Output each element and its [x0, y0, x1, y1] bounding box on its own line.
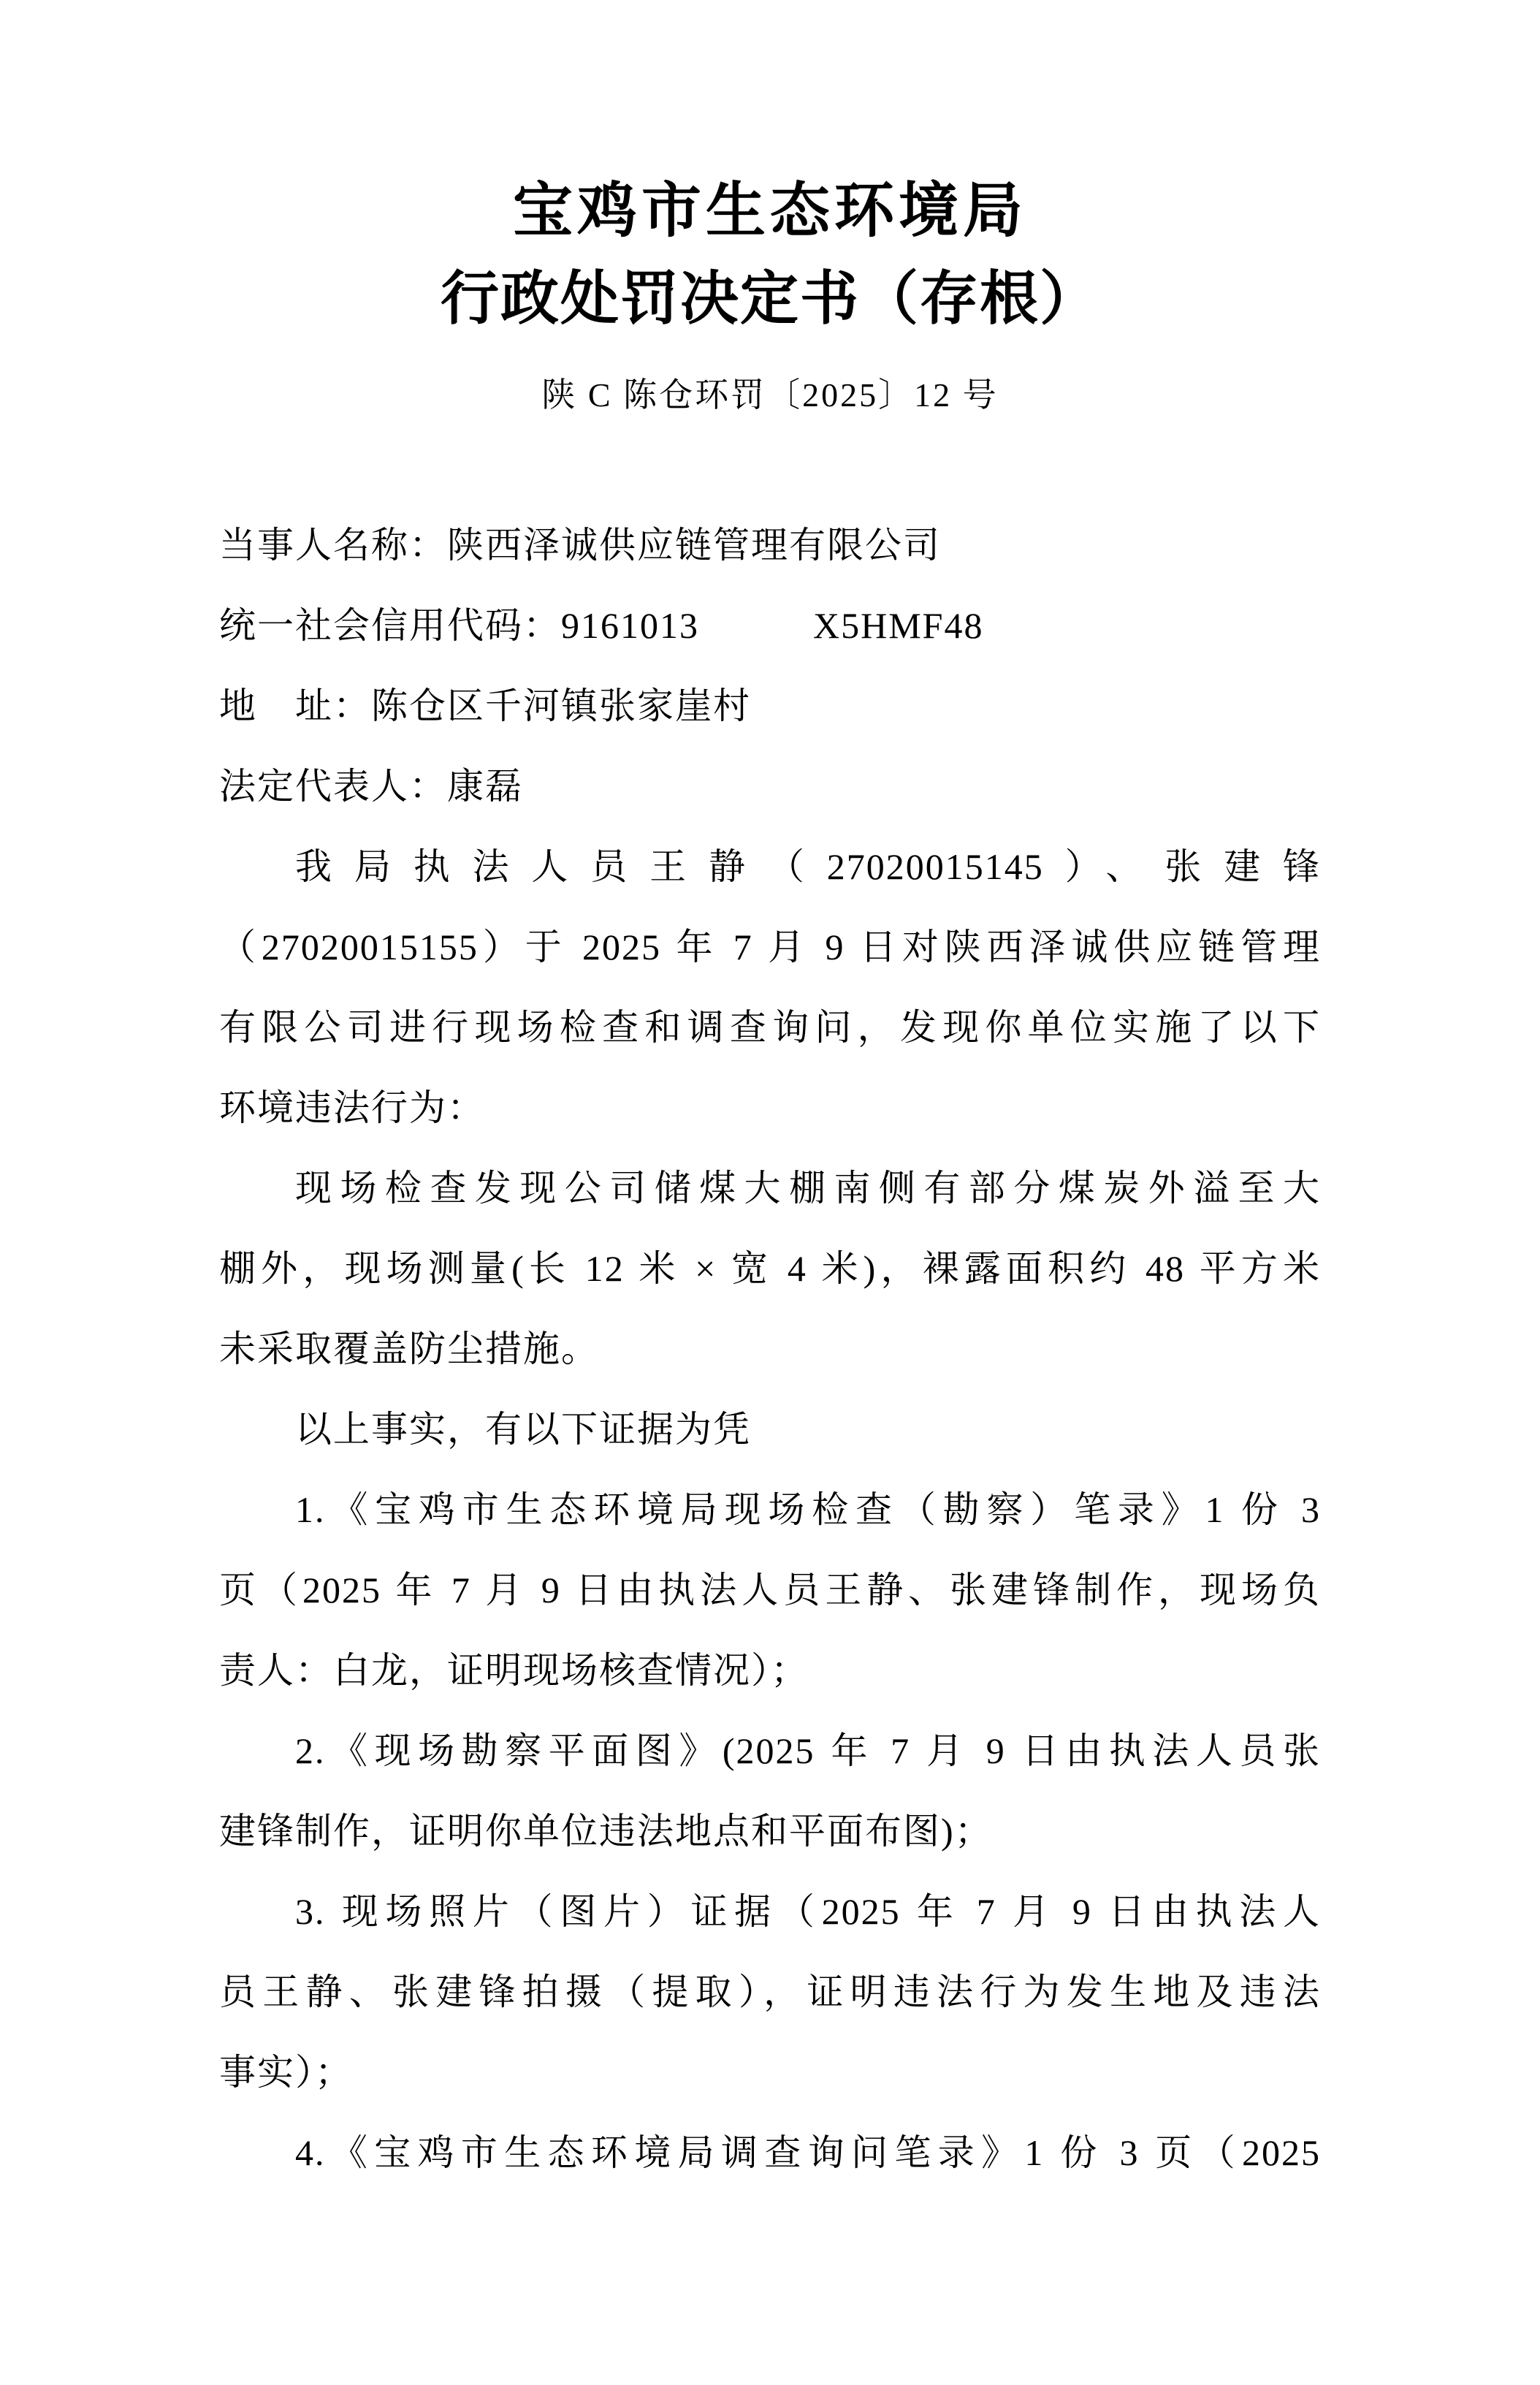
document-line: 页（2025 年 7 月 9 日由执法人员王静、张建锋制作，现场负: [219, 1550, 1321, 1630]
document-line: 以上事实，有以下证据为凭: [219, 1389, 1321, 1469]
document-body: 当事人名称：陕西泽诚供应链管理有限公司 统一社会信用代码：9161013 X5H…: [219, 505, 1321, 2193]
document-line: 建锋制作，证明你单位违法地点和平面布图)；: [219, 1791, 1321, 1871]
document-line: 现场检查发现公司储煤大棚南侧有部分煤炭外溢至大: [219, 1148, 1321, 1228]
document-line: （27020015155）于 2025 年 7 月 9 日对陕西泽诚供应链管理: [219, 907, 1321, 987]
document-title-line1: 宝鸡市生态环境局: [219, 0, 1321, 245]
document-line: 未采取覆盖防尘措施。: [219, 1309, 1321, 1389]
document-line: 责人：白龙，证明现场核查情况）；: [219, 1630, 1321, 1711]
document-line: 1.《宝鸡市生态环境局现场检查（勘察）笔录》1 份 3: [219, 1469, 1321, 1550]
document-line: 统一社会信用代码：9161013 X5HMF48: [219, 585, 1321, 666]
document-line: 员王静、张建锋拍摄（提取），证明违法行为发生地及违法: [219, 1952, 1321, 2032]
document-line: 我局执法人员王静（27020015145）、张建锋: [219, 826, 1321, 907]
document-line: 有限公司进行现场检查和调查询问，发现你单位实施了以下: [219, 987, 1321, 1068]
document-line: 3. 现场照片（图片）证据（2025 年 7 月 9 日由执法人: [219, 1871, 1321, 1952]
document-page: 宝鸡市生态环境局 行政处罚决定书（存根） 陕 C 陈仓环罚〔2025〕12 号 …: [0, 0, 1540, 2385]
document-line: 事实）；: [219, 2032, 1321, 2112]
document-line: 环境违法行为：: [219, 1068, 1321, 1148]
document-title-line2: 行政处罚决定书（存根）: [219, 265, 1321, 332]
document-line: 当事人名称：陕西泽诚供应链管理有限公司: [219, 505, 1321, 585]
document-line: 法定代表人：康磊: [219, 746, 1321, 826]
document-header: 宝鸡市生态环境局 行政处罚决定书（存根） 陕 C 陈仓环罚〔2025〕12 号: [219, 0, 1321, 417]
document-line: 4.《宝鸡市生态环境局调查询问笔录》1 份 3 页（2025: [219, 2112, 1321, 2193]
document-line: 地 址：陈仓区千河镇张家崖村: [219, 666, 1321, 746]
document-line: 2.《现场勘察平面图》(2025 年 7 月 9 日由执法人员张: [219, 1711, 1321, 1791]
document-number: 陕 C 陈仓环罚〔2025〕12 号: [219, 373, 1321, 417]
document-line: 棚外，现场测量(长 12 米 × 宽 4 米)，裸露面积约 48 平方米: [219, 1228, 1321, 1309]
